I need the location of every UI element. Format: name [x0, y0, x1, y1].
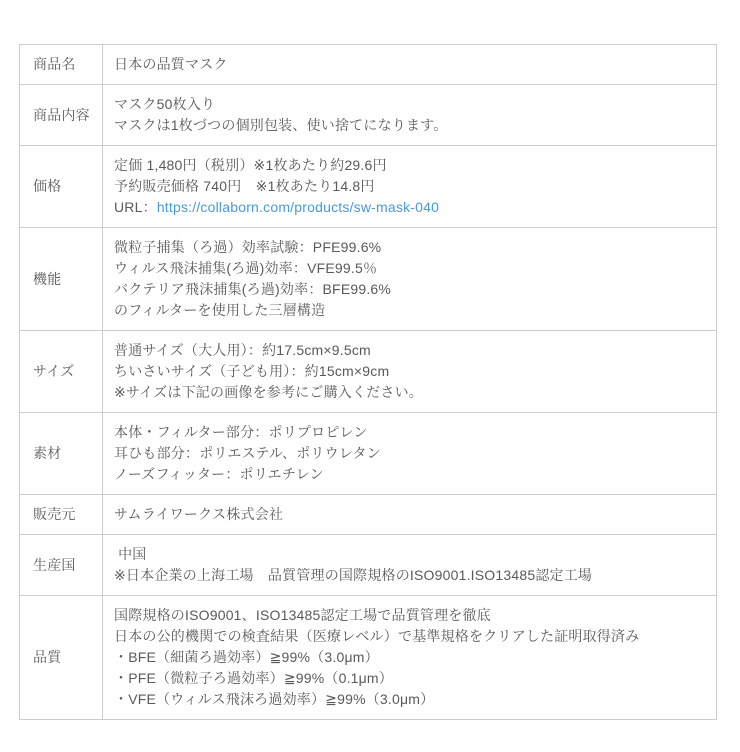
spec-row-size: サイズ普通サイズ（大人用）：約17.5cm×9.5cmちいさいサイズ（子ども用）…	[20, 331, 717, 413]
spec-label-seller: 販売元	[20, 495, 103, 535]
spec-label-function: 機能	[20, 228, 103, 331]
spec-value-line-product-contents-0: マスク50枚入り	[114, 94, 704, 115]
spec-value-line-country-of-origin-0: 中国	[114, 544, 704, 565]
spec-label-price: 価格	[20, 146, 103, 228]
spec-value-line-size-2: ※サイズは下記の画像を参考にご購入ください。	[114, 382, 704, 403]
spec-value-line-product-name-0: 日本の品質マスク	[114, 54, 704, 75]
spec-value-line-size-1: ちいさいサイズ（子ども用）：約15cm×9cm	[114, 361, 704, 382]
spec-value-line-quality-2: ・BFE（細菌ろ過効率）≧99%（3.0μm）	[114, 647, 704, 668]
spec-row-country-of-origin: 生産国 中国※日本企業の上海工場 品質管理の国際規格のISO9001.ISO13…	[20, 535, 717, 596]
spec-value-seller: サムライワークス株式会社	[103, 495, 717, 535]
product-spec-table: 商品名日本の品質マスク商品内容マスク50枚入りマスクは1枚づつの個別包装、使い捨…	[19, 44, 717, 720]
spec-value-size: 普通サイズ（大人用）：約17.5cm×9.5cmちいさいサイズ（子ども用）：約1…	[103, 331, 717, 413]
spec-value-line-seller-0: サムライワークス株式会社	[114, 504, 704, 525]
spec-value-line-price-1: 予約販売価格 740円 ※1枚あたり14.8円	[114, 176, 704, 197]
spec-value-line-function-2: バクテリア飛沫捕集(ろ過)効率：BFE99.6%	[114, 279, 704, 300]
spec-row-material: 素材本体・フィルター部分：ポリプロピレン耳ひも部分：ポリエステル、ポリウレタンノ…	[20, 413, 717, 495]
spec-value-product-contents: マスク50枚入りマスクは1枚づつの個別包装、使い捨てになります。	[103, 85, 717, 146]
spec-value-line-material-1: 耳ひも部分：ポリエステル、ポリウレタン	[114, 443, 704, 464]
product-url-link[interactable]: https://collaborn.com/products/sw-mask-0…	[157, 199, 439, 215]
spec-row-function: 機能微粒子捕集（ろ過）効率試験：PFE99.6%ウィルス飛沫捕集(ろ過)効率：V…	[20, 228, 717, 331]
url-label: URL：	[114, 199, 157, 215]
spec-value-line-price-2: URL：https://collaborn.com/products/sw-ma…	[114, 197, 704, 218]
spec-value-line-quality-3: ・PFE（微粒子ろ過効率）≧99%（0.1μm）	[114, 668, 704, 689]
spec-value-line-function-0: 微粒子捕集（ろ過）効率試験：PFE99.6%	[114, 237, 704, 258]
spec-row-quality: 品質国際規格のISO9001、ISO13485認定工場で品質管理を徹底日本の公的…	[20, 596, 717, 720]
spec-value-country-of-origin: 中国※日本企業の上海工場 品質管理の国際規格のISO9001.ISO13485認…	[103, 535, 717, 596]
spec-value-line-function-1: ウィルス飛沫捕集(ろ過)効率：VFE99.5％	[114, 258, 704, 279]
spec-value-line-material-2: ノーズフィッター：ポリエチレン	[114, 464, 704, 485]
spec-value-product-name: 日本の品質マスク	[103, 45, 717, 85]
spec-label-country-of-origin: 生産国	[20, 535, 103, 596]
spec-value-function: 微粒子捕集（ろ過）効率試験：PFE99.6%ウィルス飛沫捕集(ろ過)効率：VFE…	[103, 228, 717, 331]
spec-row-price: 価格定価 1,480円（税別）※1枚あたり約29.6円予約販売価格 740円 ※…	[20, 146, 717, 228]
spec-value-price: 定価 1,480円（税別）※1枚あたり約29.6円予約販売価格 740円 ※1枚…	[103, 146, 717, 228]
spec-value-quality: 国際規格のISO9001、ISO13485認定工場で品質管理を徹底日本の公的機関…	[103, 596, 717, 720]
spec-table-body: 商品名日本の品質マスク商品内容マスク50枚入りマスクは1枚づつの個別包装、使い捨…	[20, 45, 717, 720]
spec-value-line-function-3: のフィルターを使用した三層構造	[114, 300, 704, 321]
spec-value-line-product-contents-1: マスクは1枚づつの個別包装、使い捨てになります。	[114, 115, 704, 136]
product-spec-page: 商品名日本の品質マスク商品内容マスク50枚入りマスクは1枚づつの個別包装、使い捨…	[0, 0, 740, 752]
spec-label-product-contents: 商品内容	[20, 85, 103, 146]
spec-value-line-size-0: 普通サイズ（大人用）：約17.5cm×9.5cm	[114, 340, 704, 361]
spec-label-product-name: 商品名	[20, 45, 103, 85]
spec-row-product-name: 商品名日本の品質マスク	[20, 45, 717, 85]
spec-value-line-price-0: 定価 1,480円（税別）※1枚あたり約29.6円	[114, 155, 704, 176]
spec-label-quality: 品質	[20, 596, 103, 720]
spec-value-line-country-of-origin-1: ※日本企業の上海工場 品質管理の国際規格のISO9001.ISO13485認定工…	[114, 565, 704, 586]
spec-row-product-contents: 商品内容マスク50枚入りマスクは1枚づつの個別包装、使い捨てになります。	[20, 85, 717, 146]
spec-value-line-quality-4: ・VFE（ウィルス飛沫ろ過効率）≧99%（3.0μm）	[114, 689, 704, 710]
spec-value-material: 本体・フィルター部分：ポリプロピレン耳ひも部分：ポリエステル、ポリウレタンノーズ…	[103, 413, 717, 495]
spec-label-material: 素材	[20, 413, 103, 495]
spec-value-line-material-0: 本体・フィルター部分：ポリプロピレン	[114, 422, 704, 443]
spec-value-line-quality-0: 国際規格のISO9001、ISO13485認定工場で品質管理を徹底	[114, 605, 704, 626]
spec-value-line-quality-1: 日本の公的機関での検査結果（医療レベル）で基準規格をクリアした証明取得済み	[114, 626, 704, 647]
spec-row-seller: 販売元サムライワークス株式会社	[20, 495, 717, 535]
spec-label-size: サイズ	[20, 331, 103, 413]
